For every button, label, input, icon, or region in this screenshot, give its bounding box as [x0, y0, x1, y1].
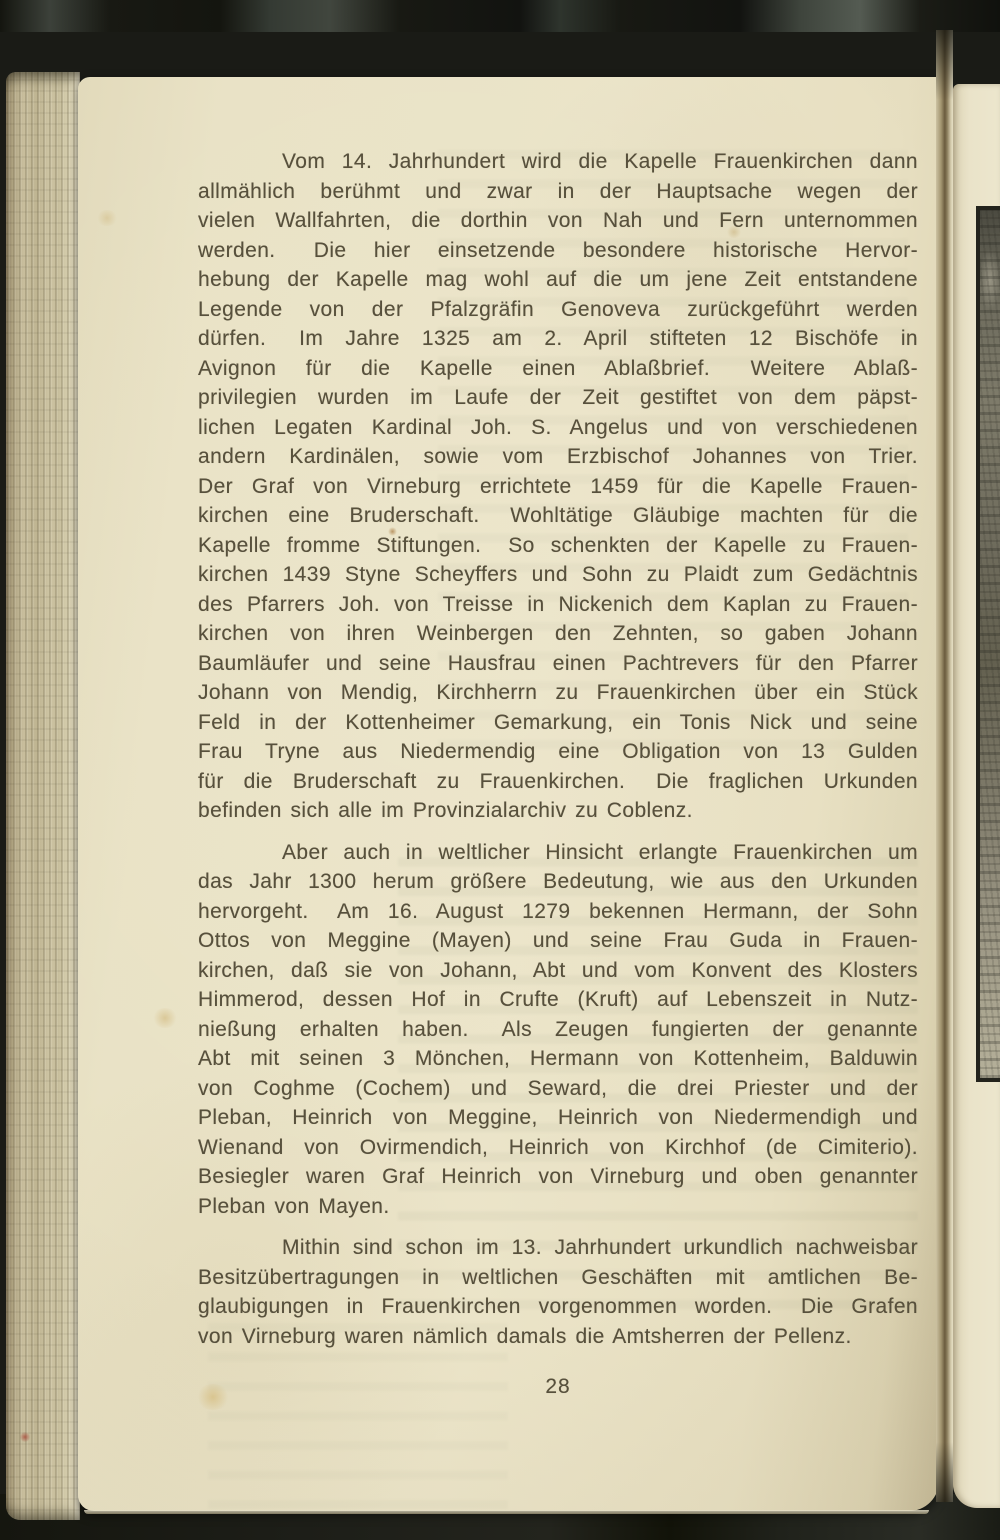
text-line: Pleban, Heinrich von Meggine, Heinrich v…	[198, 1103, 918, 1133]
text-line: von Virneburg waren nämlich damals die A…	[198, 1322, 918, 1352]
text-line: Pleban von Mayen.	[198, 1192, 918, 1222]
paragraph: Vom 14. Jahrhundert wird die Kapelle Fra…	[198, 147, 918, 826]
text-line: andern Kardinälen, sowie vom Erzbischof …	[198, 442, 918, 472]
text-line: Besitzübertragungen in weltlichen Geschä…	[198, 1263, 918, 1293]
text-line: Avignon für die Kapelle einen Ablaßbrief…	[198, 354, 918, 384]
text-line: allmählich berühmt und zwar in der Haupt…	[198, 177, 918, 207]
text-line: kirchen, daß sie von Johann, Abt und vom…	[198, 956, 918, 986]
paragraph: Aber auch in weltlicher Hinsicht erlangt…	[198, 838, 918, 1222]
text-line: werden. Die hier einsetzende besondere h…	[198, 236, 918, 266]
text-line: Mithin sind schon im 13. Jahrhundert urk…	[198, 1233, 918, 1263]
text-line: Legende von der Pfalzgräfin Genoveva zur…	[198, 295, 918, 325]
book-page: Vom 14. Jahrhundert wird die Kapelle Fra…	[78, 77, 939, 1511]
page-edge-stack	[6, 72, 80, 1520]
text-line: Frau Tryne aus Niedermendig eine Obligat…	[198, 737, 918, 767]
book-gutter	[936, 30, 953, 1502]
page-text: Vom 14. Jahrhundert wird die Kapelle Fra…	[198, 147, 918, 1402]
text-line: befinden sich alle im Provinzialarchiv z…	[198, 796, 918, 826]
text-line: Besiegler waren Graf Heinrich von Virneb…	[198, 1162, 918, 1192]
paragraph: Mithin sind schon im 13. Jahrhundert urk…	[198, 1233, 918, 1351]
text-line: dürfen. Im Jahre 1325 am 2. April stifte…	[198, 324, 918, 354]
text-line: Wienand von Ovirmendich, Heinrich von Ki…	[198, 1133, 918, 1163]
text-line: Feld in der Kottenheimer Gemarkung, ein …	[198, 708, 918, 738]
text-line: nießung erhalten haben. Als Zeugen fungi…	[198, 1015, 918, 1045]
backdrop-top	[0, 0, 1000, 32]
text-line: Johann von Mendig, Kirchherrn zu Frauenk…	[198, 678, 918, 708]
text-line: hebung der Kapelle mag wohl auf die um j…	[198, 265, 918, 295]
text-line: glaubigungen in Frauenkirchen vorgenomme…	[198, 1292, 918, 1322]
text-line: Vom 14. Jahrhundert wird die Kapelle Fra…	[198, 147, 918, 177]
scanned-book-spread: Vom 14. Jahrhundert wird die Kapelle Fra…	[0, 0, 1000, 1540]
text-line: das Jahr 1300 herum größere Bedeutung, w…	[198, 867, 918, 897]
text-line: kirchen 1439 Styne Scheyffers und Sohn z…	[198, 560, 918, 590]
text-line: vielen Wallfahrten, die dorthin von Nah …	[198, 206, 918, 236]
text-line: Abt mit seinen 3 Mönchen, Hermann von Ko…	[198, 1044, 918, 1074]
text-line: des Pfarrers Joh. von Treisse in Nickeni…	[198, 590, 918, 620]
text-line: Himmerod, dessen Hof in Crufte (Kruft) a…	[198, 985, 918, 1015]
text-line: Der Graf von Virneburg errichtete 1459 f…	[198, 472, 918, 502]
text-line: Aber auch in weltlicher Hinsicht erlangt…	[198, 838, 918, 868]
text-line: kirchen eine Bruderschaft. Wohltätige Gl…	[198, 501, 918, 531]
text-line: Kapelle fromme Stiftungen. So schenkten …	[198, 531, 918, 561]
text-line: für die Bruderschaft zu Frauenkirchen. D…	[198, 767, 918, 797]
text-line: Ottos von Meggine (Mayen) und seine Frau…	[198, 926, 918, 956]
text-line: kirchen von ihren Weinbergen den Zehnten…	[198, 619, 918, 649]
text-line: hervorgeht. Am 16. August 1279 bekennen …	[198, 897, 918, 927]
text-line: von Coghme (Cochem) und Seward, die drei…	[198, 1074, 918, 1104]
text-line: privilegien wurden im Laufe der Zeit ges…	[198, 383, 918, 413]
photo-plate-partial	[976, 206, 1000, 1082]
text-line: lichen Legaten Kardinal Joh. S. Angelus …	[198, 413, 918, 443]
page-number: 28	[198, 1372, 918, 1402]
text-line: Baumläufer und seine Hausfrau einen Pach…	[198, 649, 918, 679]
